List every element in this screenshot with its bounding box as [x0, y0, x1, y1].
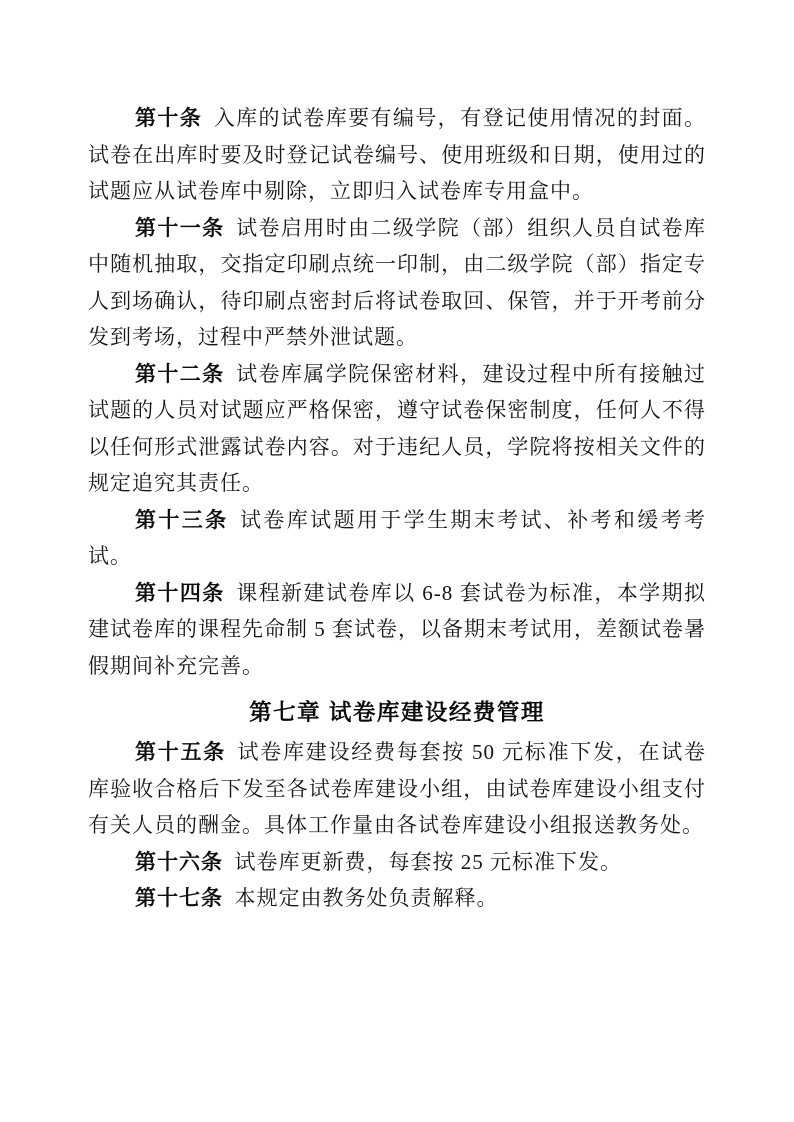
article-15-number: 第十五条	[135, 740, 226, 764]
article-16-text: 试卷库更新费，每套按 25 元标准下发。	[235, 850, 623, 874]
article-17-text: 本规定由教务处负责解释。	[235, 886, 499, 910]
article-16-paragraph: 第十六条试卷库更新费，每套按 25 元标准下发。	[88, 844, 706, 881]
article-17-paragraph: 第十七条本规定由教务处负责解释。	[88, 880, 706, 917]
article-10-paragraph: 第十条入库的试卷库要有编号，有登记使用情况的封面。试卷在出库时要及时登记试卷编号…	[88, 100, 706, 210]
article-11-paragraph: 第十一条试卷启用时由二级学院（部）组织人员自试卷库中随机抽取，交指定印刷点统一印…	[88, 210, 706, 356]
article-15-paragraph: 第十五条试卷库建设经费每套按 50 元标准下发，在试卷库验收合格后下发至各试卷库…	[88, 734, 706, 844]
article-14-paragraph: 第十四条课程新建试卷库以 6-8 套试卷为标准，本学期拟建试卷库的课程先命制 5…	[88, 575, 706, 685]
article-13-paragraph: 第十三条试卷库试题用于学生期末考试、补考和缓考考试。	[88, 502, 706, 575]
document-body: 第十条入库的试卷库要有编号，有登记使用情况的封面。试卷在出库时要及时登记试卷编号…	[88, 100, 706, 917]
article-10-number: 第十条	[135, 106, 202, 130]
article-16-number: 第十六条	[135, 850, 223, 874]
article-12-number: 第十二条	[135, 362, 225, 386]
article-17-number: 第十七条	[135, 886, 223, 910]
document-page: 第十条入库的试卷库要有编号，有登记使用情况的封面。试卷在出库时要及时登记试卷编号…	[0, 0, 794, 1122]
article-14-number: 第十四条	[135, 581, 225, 605]
chapter-heading: 第七章 试卷库建设经费管理	[88, 694, 706, 732]
article-12-paragraph: 第十二条试卷库属学院保密材料，建设过程中所有接触过试题的人员对试题应严格保密，遵…	[88, 356, 706, 502]
article-13-number: 第十三条	[135, 508, 228, 532]
article-11-number: 第十一条	[135, 216, 225, 240]
